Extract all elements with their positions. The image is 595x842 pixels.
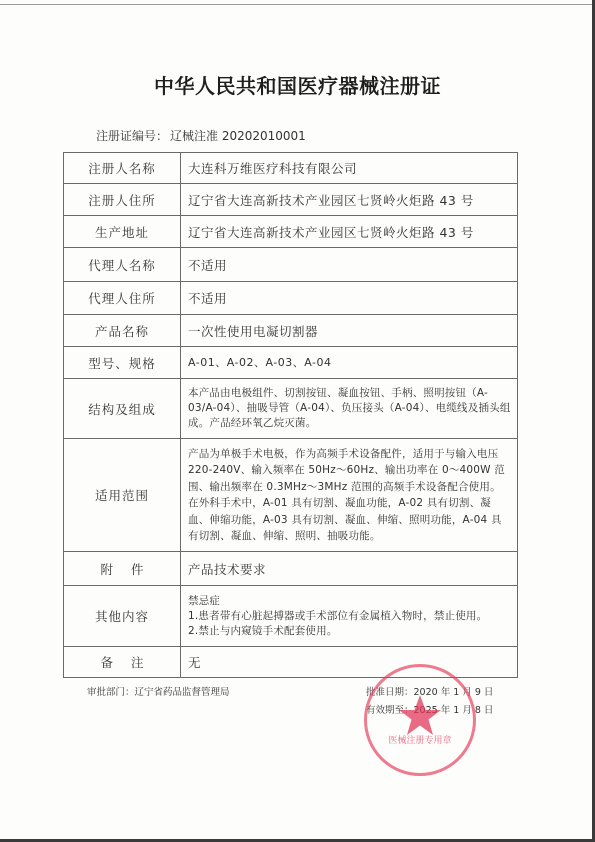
approval-department: 审批部门：辽宁省药品监督管理局: [87, 684, 230, 698]
cert-number-label: 注册证编号：: [96, 129, 168, 143]
row-value: 产品技术要求: [181, 552, 518, 586]
table-row: 适用范围 产品为单极手术电极，作为高频手术设备配件，适用于与输入电压 220-2…: [64, 439, 518, 552]
cert-number-value: 辽械注准 20202010001: [170, 129, 306, 143]
row-value: 不适用: [181, 282, 518, 315]
row-label: 型号、规格: [64, 347, 181, 379]
table-row: 结构及组成 本产品由电极组件、切割按钮、凝血按钮、手柄、照明按钮（A-03/A-…: [64, 379, 518, 439]
table-row: 代理人住所 不适用: [64, 282, 518, 315]
row-value: 辽宁省大连高新技术产业园区七贤岭火炬路 43 号: [181, 216, 518, 248]
row-value: A-01、A-02、A-03、A-04: [181, 347, 518, 379]
table-row: 代理人名称 不适用: [64, 248, 518, 282]
row-label: 备注: [64, 647, 181, 678]
row-label-text: 备注: [82, 655, 161, 670]
top-rule: [0, 4, 595, 5]
seal-text: 医械注册专用章: [367, 733, 473, 746]
table-row: 注册人名称 大连科万维医疗科技有限公司: [64, 153, 518, 184]
table-row: 注册人住所 辽宁省大连高新技术产业园区七贤岭火炬路 43 号: [64, 184, 518, 216]
document-title: 中华人民共和国医疗器械注册证: [0, 70, 595, 99]
row-label: 注册人住所: [64, 184, 181, 216]
approval-dept-value: 辽宁省药品监督管理局: [135, 687, 230, 698]
row-label: 产品名称: [64, 315, 181, 347]
table-row: 生产地址 辽宁省大连高新技术产业园区七贤岭火炬路 43 号: [64, 216, 518, 248]
row-label: 生产地址: [64, 216, 181, 248]
row-label: 代理人住所: [64, 282, 181, 315]
row-label: 注册人名称: [64, 153, 181, 184]
contraindication-item: 2.禁止与内窥镜手术配套使用。: [188, 624, 511, 639]
cert-number: 注册证编号：辽械注准 20202010001: [96, 127, 306, 144]
row-value: 一次性使用电凝切割器: [181, 315, 518, 347]
row-label: 适用范围: [64, 439, 181, 552]
row-value: 产品为单极手术电极，作为高频手术设备配件，适用于与输入电压 220-240V、输…: [181, 439, 518, 552]
contraindication-heading: 禁忌症: [188, 594, 511, 609]
row-label: 结构及组成: [64, 379, 181, 439]
row-value: 不适用: [181, 248, 518, 282]
row-value: 辽宁省大连高新技术产业园区七贤岭火炬路 43 号: [181, 184, 518, 216]
table-row: 产品名称 一次性使用电凝切割器: [64, 315, 518, 347]
official-seal: 医械注册专用章: [364, 664, 476, 776]
table-row: 型号、规格 A-01、A-02、A-03、A-04: [64, 347, 518, 379]
row-label: 其他内容: [64, 586, 181, 647]
row-label: 代理人名称: [64, 248, 181, 282]
row-label: 附件: [64, 552, 181, 586]
row-value: 禁忌症 1.患者带有心脏起搏器或手术部位有金属植入物时，禁止使用。 2.禁止与内…: [181, 586, 518, 647]
row-value: 大连科万维医疗科技有限公司: [181, 153, 518, 184]
contraindication-item: 1.患者带有心脏起搏器或手术部位有金属植入物时，禁止使用。: [188, 609, 511, 624]
row-label-text: 附件: [82, 562, 161, 577]
approval-dept-label: 审批部门：: [87, 687, 135, 698]
table-row: 其他内容 禁忌症 1.患者带有心脏起搏器或手术部位有金属植入物时，禁止使用。 2…: [64, 586, 518, 647]
seal-star-icon: [367, 667, 473, 773]
registration-table: 注册人名称 大连科万维医疗科技有限公司 注册人住所 辽宁省大连高新技术产业园区七…: [63, 152, 518, 678]
row-value: 本产品由电极组件、切割按钮、凝血按钮、手柄、照明按钮（A-03/A-04）、抽吸…: [181, 379, 518, 439]
table-row: 附件 产品技术要求: [64, 552, 518, 586]
